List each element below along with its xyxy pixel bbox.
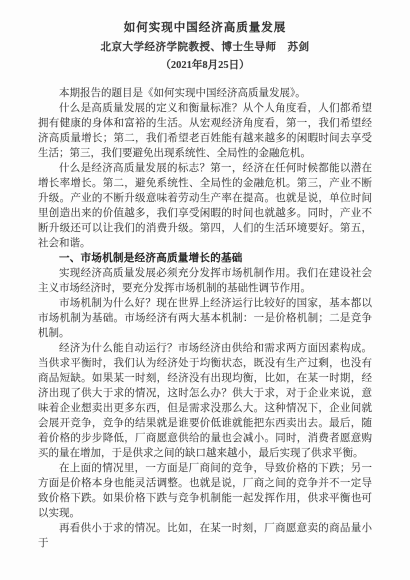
document-title: 如何实现中国经济高质量发展	[0, 21, 410, 36]
paragraph: 在上面的情况里，一方面是厂商间的竞争，导致价格的下跌；另一方面是价格本身也能灵活…	[38, 461, 372, 521]
paragraph: 什么是高质量发展的定义和衡量标准？从个人角度看，人们都希望拥有健康的身体和富裕的…	[38, 101, 372, 161]
document-body: 本期报告的题目是《如何实现中国经济高质量发展》。 什么是高质量发展的定义和衡量标…	[38, 86, 372, 551]
document-page: 如何实现中国经济高质量发展 北京大学经济学院教授、博士生导师 苏剑 （2021年…	[0, 0, 410, 580]
paragraph: 什么是经济高质量发展的标志？第一，经济在任何时候都能以潜在增长率增长。第二，避免…	[38, 161, 372, 251]
paragraph: 经济为什么能自动运行？市场经济由供给和需求两方面因素构成。当供求平衡时，我们认为…	[38, 341, 372, 461]
page-number: — 1 —	[328, 492, 368, 504]
paragraph: 市场机制为什么好？现在世界上经济运行比较好的国家，基本都以市场机制为基础。市场经…	[38, 296, 372, 341]
document-header: 如何实现中国经济高质量发展 北京大学经济学院教授、博士生导师 苏剑 （2021年…	[0, 0, 410, 73]
paragraph: 本期报告的题目是《如何实现中国经济高质量发展》。	[38, 86, 372, 101]
document-date: （2021年8月25日）	[0, 58, 410, 73]
paragraph: 实现经济高质量发展必须充分发挥市场机制作用。我们在建设社会主义市场经济时，要充分…	[38, 266, 372, 296]
section-heading: 一、市场机制是经济高质量增长的基础	[38, 251, 372, 266]
paragraph: 再看供小于求的情况。比如，在某一时刻，厂商愿意卖的商品量小于	[38, 521, 372, 551]
document-byline: 北京大学经济学院教授、博士生导师 苏剑	[0, 40, 410, 55]
